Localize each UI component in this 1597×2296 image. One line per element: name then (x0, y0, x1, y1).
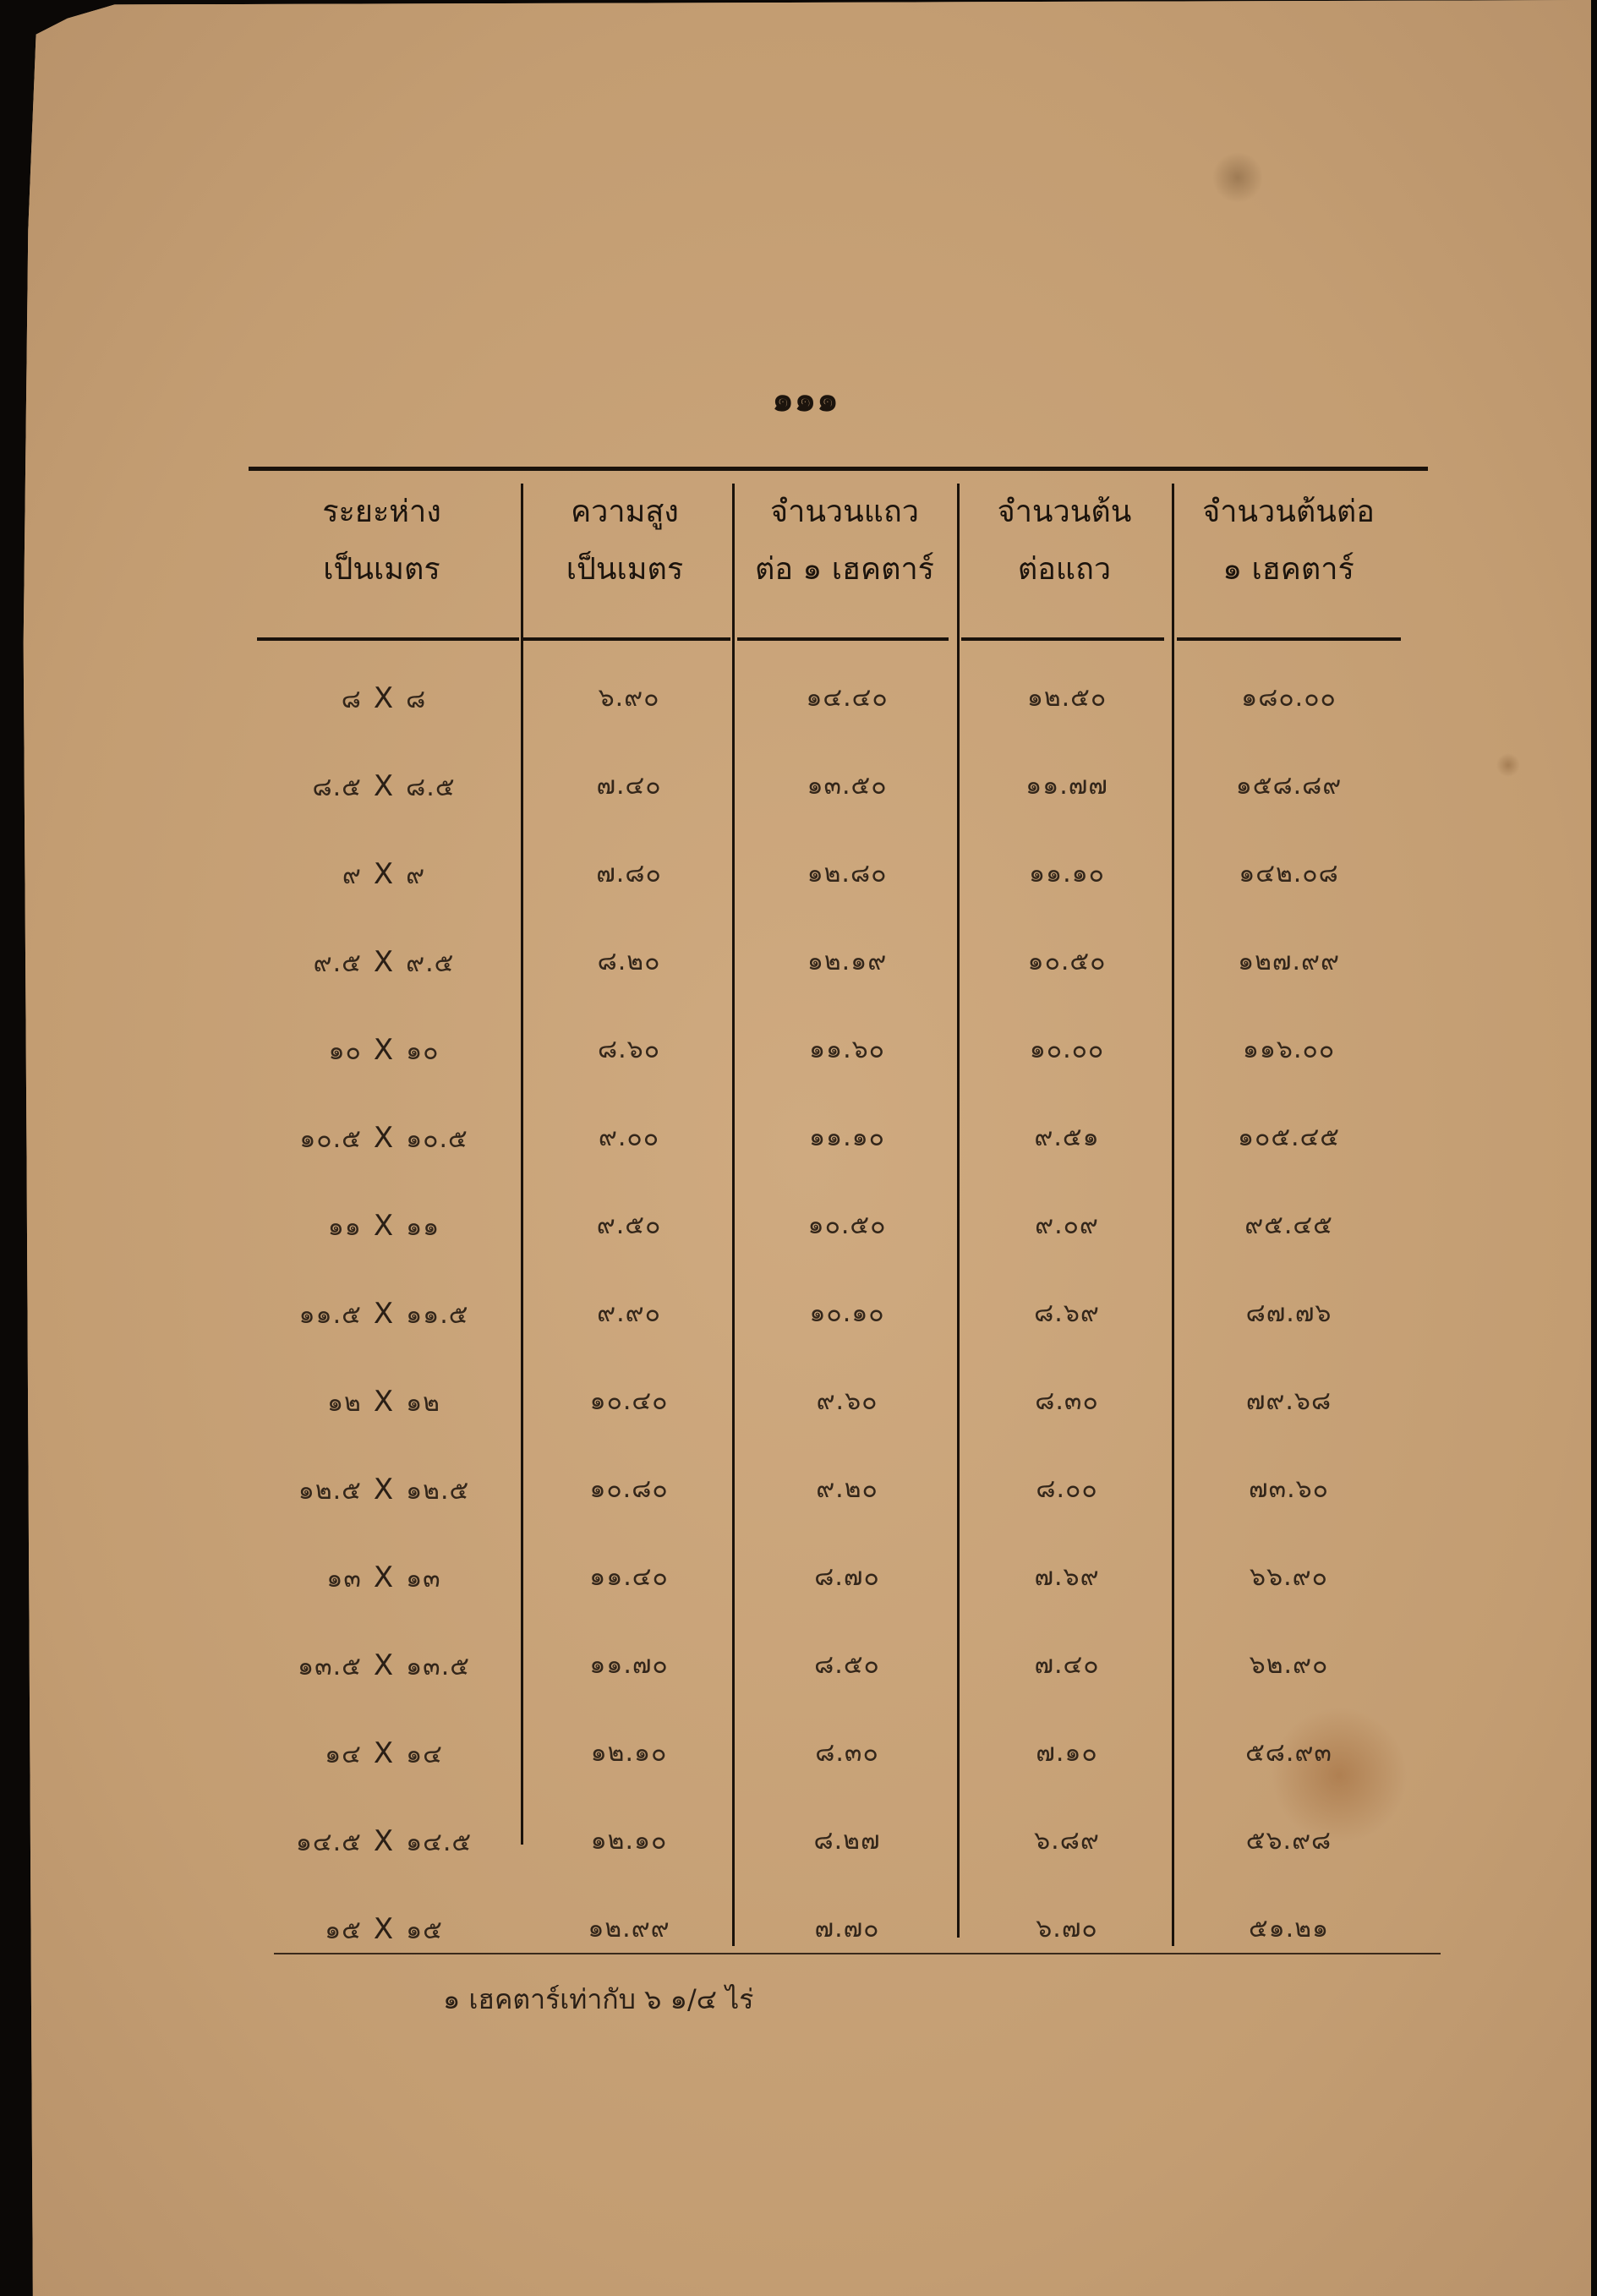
header-height: ความสูง เป็นเมตร (519, 484, 730, 602)
cell-rows-per-hectare: ๑๒.๘๐ (737, 830, 957, 918)
times-symbol: X (374, 1209, 394, 1243)
times-symbol: X (374, 1736, 394, 1770)
table-row: ๑๓.๕X๑๓.๕ ๑๑.๗๐ ๘.๕๐ ๗.๔๐ ๖๒.๙๐ (249, 1621, 1432, 1709)
cell-trees-per-hectare: ๖๒.๙๐ (1177, 1621, 1401, 1709)
header-rule (523, 637, 730, 641)
cell-spacing: ๑๒X๑๒ (249, 1358, 519, 1446)
cell-spacing: ๙.๕X๙.๕ (249, 918, 519, 1006)
cell-rows-per-hectare: ๑๑.๖๐ (737, 1006, 957, 1094)
cell-height: ๑๑.๔๐ (523, 1533, 735, 1621)
cell-trees-per-hectare: ๕๘.๙๓ (1177, 1709, 1401, 1797)
cell-rows-per-hectare: ๑๒.๑๙ (737, 918, 957, 1006)
table-row: ๑๐X๑๐ ๘.๖๐ ๑๑.๖๐ ๑๐.๐๐ ๑๑๖.๐๐ (249, 1006, 1432, 1094)
cell-trees-per-hectare: ๑๐๕.๔๕ (1177, 1094, 1401, 1182)
header-trees-per-row: จำนวนต้น ต่อแถว (959, 484, 1170, 602)
cell-spacing: ๙X๙ (249, 830, 519, 918)
cell-rows-per-hectare: ๑๓.๕๐ (737, 742, 957, 830)
cell-height: ๑๒.๑๐ (523, 1797, 735, 1885)
cell-trees-per-row: ๑๐.๕๐ (961, 918, 1173, 1006)
times-symbol: X (374, 1648, 394, 1682)
cell-rows-per-hectare: ๑๑.๑๐ (737, 1094, 957, 1182)
cell-trees-per-row: ๘.๐๐ (961, 1446, 1173, 1533)
times-symbol: X (374, 945, 394, 979)
cell-height: ๘.๖๐ (523, 1006, 735, 1094)
table-top-rule (249, 467, 1428, 471)
cell-height: ๗.๔๐ (523, 742, 735, 830)
cell-trees-per-hectare: ๑๒๗.๙๙ (1177, 918, 1401, 1006)
cell-trees-per-row: ๗.๖๙ (961, 1533, 1173, 1621)
cell-rows-per-hectare: ๘.๒๗ (737, 1797, 957, 1885)
times-symbol: X (374, 1297, 394, 1331)
cell-height: ๗.๘๐ (523, 830, 735, 918)
times-symbol: X (374, 681, 394, 715)
cell-rows-per-hectare: ๙.๒๐ (737, 1446, 957, 1533)
times-symbol: X (374, 1912, 394, 1946)
cell-height: ๖.๙๐ (523, 654, 735, 742)
cell-trees-per-hectare: ๑๘๐.๐๐ (1177, 654, 1401, 742)
table-row: ๑๒.๕X๑๒.๕ ๑๐.๘๐ ๙.๒๐ ๘.๐๐ ๗๓.๖๐ (249, 1446, 1432, 1533)
footnote: ๑ เฮคตาร์เท่ากับ ๖ ๑/๔ ไร่ (443, 1978, 753, 2021)
header-rows-per-hectare: จำนวนแถว ต่อ ๑ เฮคตาร์ (735, 484, 954, 602)
cell-rows-per-hectare: ๑๐.๕๐ (737, 1182, 957, 1270)
cell-trees-per-hectare: ๖๖.๙๐ (1177, 1533, 1401, 1621)
header-trees-per-hectare: จำนวนต้นต่อ ๑ เฮคตาร์ (1174, 484, 1403, 602)
cell-trees-per-row: ๘.๓๐ (961, 1358, 1173, 1446)
times-symbol: X (374, 1561, 394, 1594)
table-row: ๑๑.๕X๑๑.๕ ๙.๙๐ ๑๐.๑๐ ๘.๖๙ ๘๗.๗๖ (249, 1270, 1432, 1358)
cell-trees-per-row: ๗.๔๐ (961, 1621, 1173, 1709)
cell-spacing: ๑๓X๑๓ (249, 1533, 519, 1621)
page-number: ๑๑๑ (20, 372, 1591, 426)
cell-spacing: ๑๑X๑๑ (249, 1182, 519, 1270)
table-bottom-rule (274, 1953, 1441, 1954)
cell-trees-per-row: ๘.๖๙ (961, 1270, 1173, 1358)
table-row: ๘X๘ ๖.๙๐ ๑๔.๔๐ ๑๒.๕๐ ๑๘๐.๐๐ (249, 654, 1432, 742)
cell-spacing: ๑๓.๕X๑๓.๕ (249, 1621, 519, 1709)
times-symbol: X (374, 769, 394, 803)
document-page: ๑๑๑ ระยะห่าง เป็นเมตร ความสูง เป็นเมตร จ… (20, 0, 1591, 2296)
cell-spacing: ๑๑.๕X๑๑.๕ (249, 1270, 519, 1358)
cell-height: ๑๒.๙๙ (523, 1885, 735, 1973)
table-row: ๑๓X๑๓ ๑๑.๔๐ ๘.๗๐ ๗.๖๙ ๖๖.๙๐ (249, 1533, 1432, 1621)
cell-spacing: ๑๔X๑๔ (249, 1709, 519, 1797)
cell-spacing: ๘.๕X๘.๕ (249, 742, 519, 830)
cell-height: ๙.๐๐ (523, 1094, 735, 1182)
times-symbol: X (374, 1033, 394, 1067)
cell-spacing: ๑๐.๕X๑๐.๕ (249, 1094, 519, 1182)
cell-height: ๘.๒๐ (523, 918, 735, 1006)
table-row: ๙X๙ ๗.๘๐ ๑๒.๘๐ ๑๑.๑๐ ๑๔๒.๐๘ (249, 830, 1432, 918)
cell-spacing: ๑๔.๕X๑๔.๕ (249, 1797, 519, 1885)
cell-trees-per-row: ๙.๐๙ (961, 1182, 1173, 1270)
cell-trees-per-row: ๑๐.๐๐ (961, 1006, 1173, 1094)
cell-trees-per-hectare: ๗๙.๖๘ (1177, 1358, 1401, 1446)
cell-trees-per-row: ๖.๗๐ (961, 1885, 1173, 1973)
cell-trees-per-hectare: ๙๕.๔๕ (1177, 1182, 1401, 1270)
cell-trees-per-row: ๗.๑๐ (961, 1709, 1173, 1797)
times-symbol: X (374, 857, 394, 891)
cell-height: ๑๒.๑๐ (523, 1709, 735, 1797)
cell-trees-per-hectare: ๑๑๖.๐๐ (1177, 1006, 1401, 1094)
table-row: ๑๕X๑๕ ๑๒.๙๙ ๗.๗๐ ๖.๗๐ ๕๑.๒๑ (249, 1885, 1432, 1973)
cell-rows-per-hectare: ๘.๕๐ (737, 1621, 957, 1709)
cell-spacing: ๑๐X๑๐ (249, 1006, 519, 1094)
table-row: ๙.๕X๙.๕ ๘.๒๐ ๑๒.๑๙ ๑๐.๕๐ ๑๒๗.๙๙ (249, 918, 1432, 1006)
table-row: ๑๒X๑๒ ๑๐.๔๐ ๙.๖๐ ๘.๓๐ ๗๙.๖๘ (249, 1358, 1432, 1446)
cell-spacing: ๘X๘ (249, 654, 519, 742)
table-row: ๑๑X๑๑ ๙.๕๐ ๑๐.๕๐ ๙.๐๙ ๙๕.๔๕ (249, 1182, 1432, 1270)
header-spacing: ระยะห่าง เป็นเมตร (249, 484, 515, 602)
cell-rows-per-hectare: ๘.๓๐ (737, 1709, 957, 1797)
cell-rows-per-hectare: ๙.๖๐ (737, 1358, 957, 1446)
table-row: ๑๔.๕X๑๔.๕ ๑๒.๑๐ ๘.๒๗ ๖.๘๙ ๕๖.๙๘ (249, 1797, 1432, 1885)
table-header: ระยะห่าง เป็นเมตร ความสูง เป็นเมตร จำนวน… (249, 484, 1432, 602)
header-rule (737, 637, 949, 641)
cell-trees-per-hectare: ๕๑.๒๑ (1177, 1885, 1401, 1973)
cell-rows-per-hectare: ๗.๗๐ (737, 1885, 957, 1973)
table-row: ๑๔X๑๔ ๑๒.๑๐ ๘.๓๐ ๗.๑๐ ๕๘.๙๓ (249, 1709, 1432, 1797)
header-rule (961, 637, 1164, 641)
cell-rows-per-hectare: ๑๔.๔๐ (737, 654, 957, 742)
cell-height: ๙.๙๐ (523, 1270, 735, 1358)
cell-trees-per-hectare: ๘๗.๗๖ (1177, 1270, 1401, 1358)
cell-height: ๑๑.๗๐ (523, 1621, 735, 1709)
cell-trees-per-hectare: ๗๓.๖๐ (1177, 1446, 1401, 1533)
cell-trees-per-hectare: ๑๕๘.๘๙ (1177, 742, 1401, 830)
cell-rows-per-hectare: ๑๐.๑๐ (737, 1270, 957, 1358)
cell-rows-per-hectare: ๘.๗๐ (737, 1533, 957, 1621)
cell-spacing: ๑๒.๕X๑๒.๕ (249, 1446, 519, 1533)
cell-height: ๑๐.๘๐ (523, 1446, 735, 1533)
cell-trees-per-row: ๖.๘๙ (961, 1797, 1173, 1885)
cell-trees-per-row: ๑๑.๑๐ (961, 830, 1173, 918)
times-symbol: X (374, 1121, 394, 1155)
cell-trees-per-row: ๙.๕๑ (961, 1094, 1173, 1182)
cell-trees-per-hectare: ๑๔๒.๐๘ (1177, 830, 1401, 918)
cell-height: ๙.๕๐ (523, 1182, 735, 1270)
times-symbol: X (374, 1473, 394, 1506)
cell-trees-per-hectare: ๕๖.๙๘ (1177, 1797, 1401, 1885)
header-rule (257, 637, 519, 641)
times-symbol: X (374, 1385, 394, 1419)
table-row: ๘.๕X๘.๕ ๗.๔๐ ๑๓.๕๐ ๑๑.๗๗ ๑๕๘.๘๙ (249, 742, 1432, 830)
cell-height: ๑๐.๔๐ (523, 1358, 735, 1446)
cell-trees-per-row: ๑๒.๕๐ (961, 654, 1173, 742)
cell-spacing: ๑๕X๑๕ (249, 1885, 519, 1973)
header-rule (1177, 637, 1401, 641)
times-symbol: X (374, 1824, 394, 1858)
cell-trees-per-row: ๑๑.๗๗ (961, 742, 1173, 830)
table-row: ๑๐.๕X๑๐.๕ ๙.๐๐ ๑๑.๑๐ ๙.๕๑ ๑๐๕.๔๕ (249, 1094, 1432, 1182)
